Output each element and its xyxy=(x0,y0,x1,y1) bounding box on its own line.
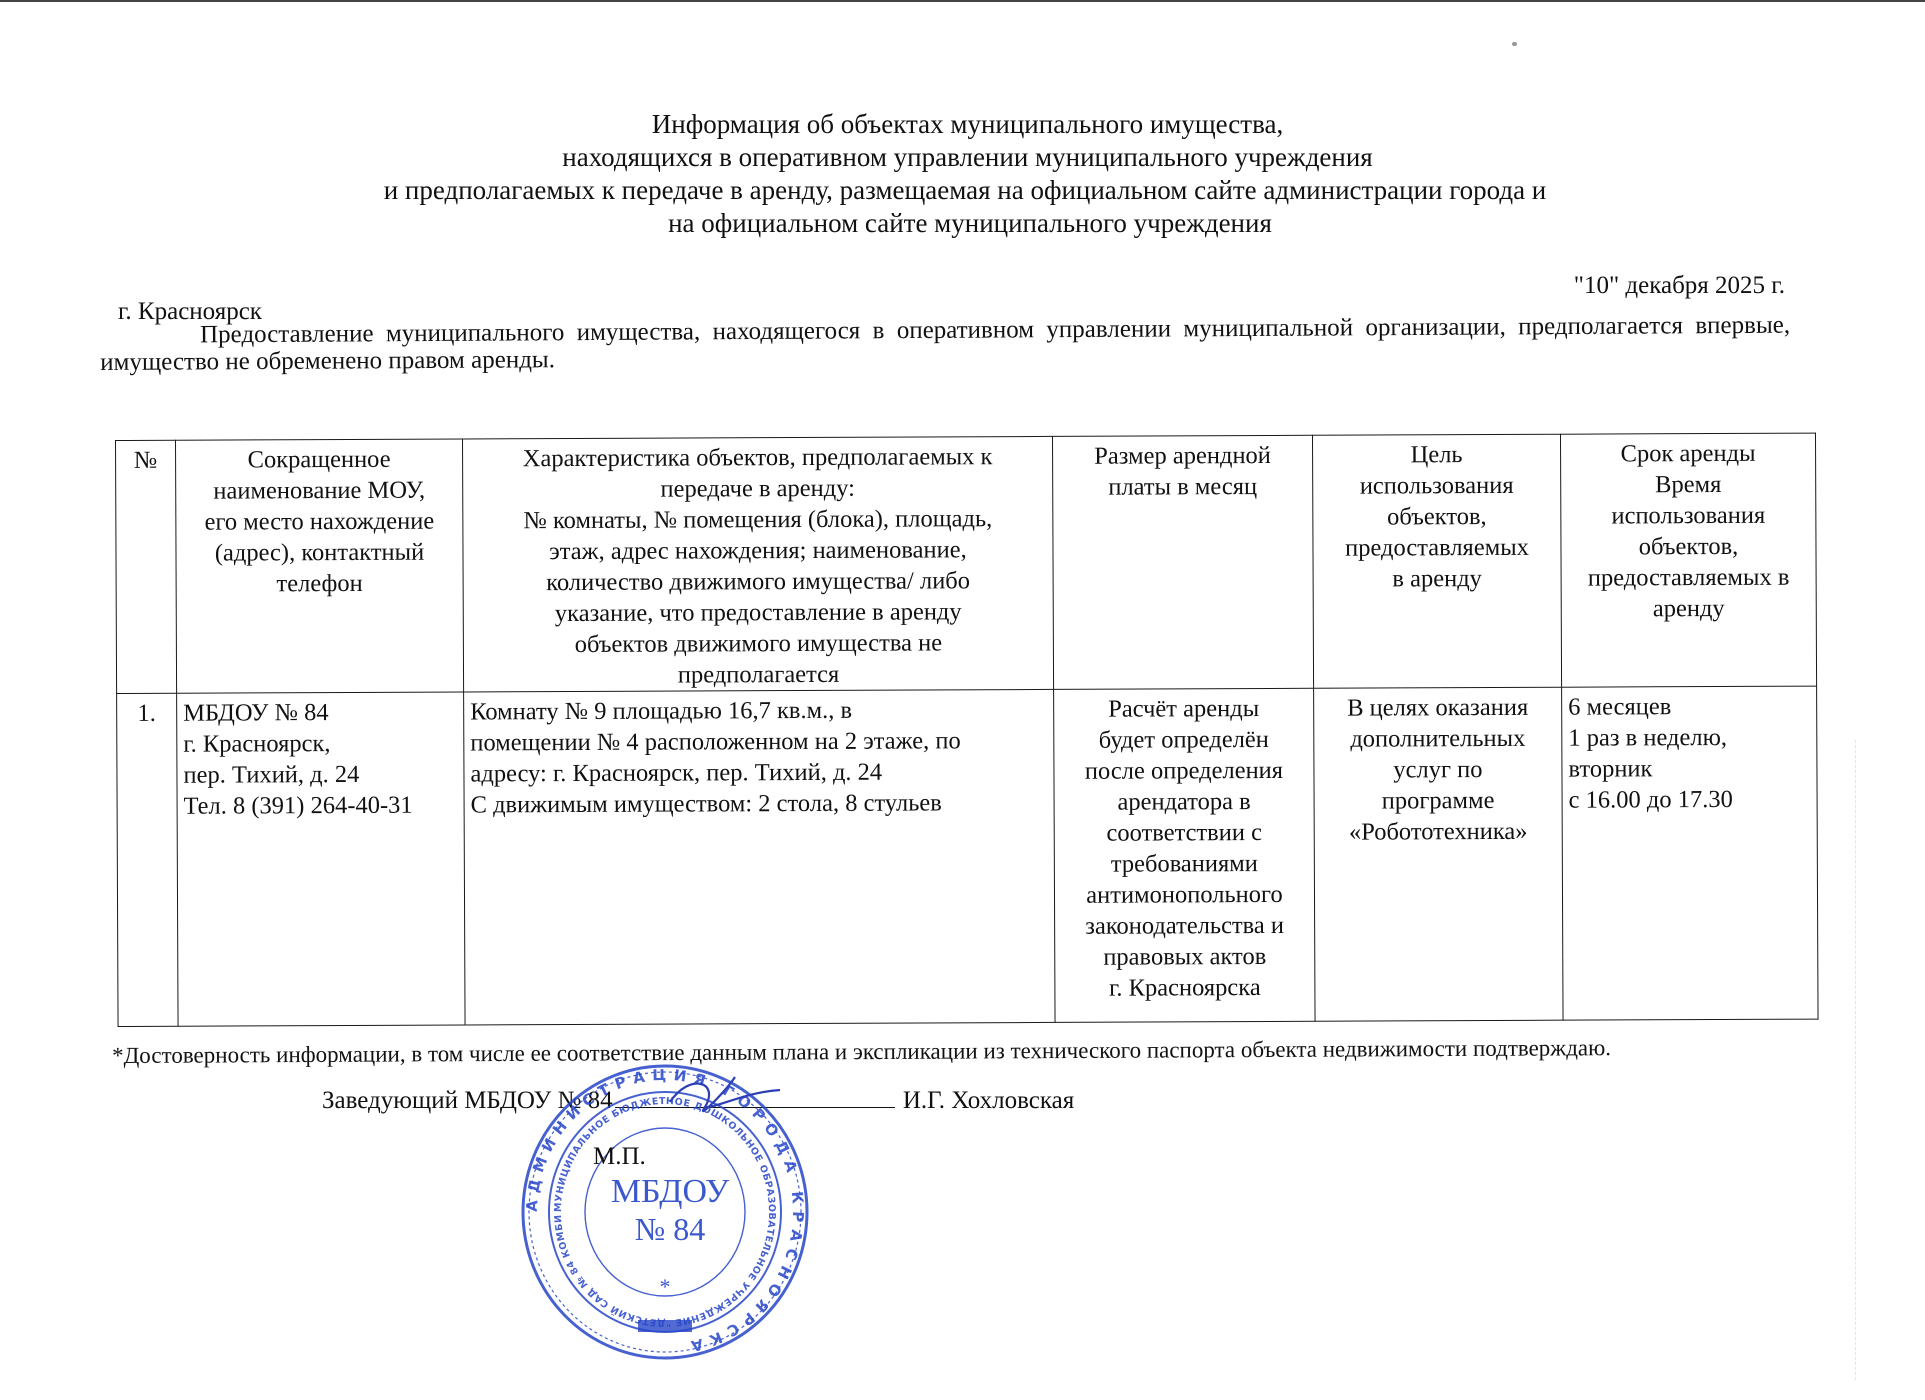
official-stamp-icon: АДМИНИСТРАЦИЯ ГОРОДА КРАСНОЯРСКА МУНИЦИП… xyxy=(520,1062,810,1362)
cell-text-line: Размер арендной xyxy=(1059,440,1306,472)
title-line: и предполагаемых к передаче в аренду, ра… xyxy=(0,174,1925,207)
header-organization: Сокращенноенаименование МОУ,его место на… xyxy=(176,439,464,693)
cell-text-line: Характеристика объектов, предполагаемых … xyxy=(469,441,1046,475)
scan-edge-artifact xyxy=(1855,740,1857,1380)
table-row: 1. МБДОУ № 84г. Красноярск,пер. Тихий, д… xyxy=(117,686,1818,1026)
cell-text-line: программе xyxy=(1321,785,1556,817)
cell-number: 1. xyxy=(117,693,178,1026)
cell-text-line: требованиями xyxy=(1061,848,1308,880)
header-number: № xyxy=(116,440,177,693)
document-date: "10" декабря 2025 г. xyxy=(1574,272,1785,300)
cell-text-line: Тел. 8 (391) 264-40-31 xyxy=(184,790,458,822)
title-line: находящихся в оперативном управлении мун… xyxy=(0,141,1925,174)
cell-text-line: (адрес), контактный xyxy=(182,537,456,569)
cell-text-line: дополнительных xyxy=(1320,723,1555,755)
cell-text-line: платы в месяц xyxy=(1059,471,1306,503)
cell-text-line: 6 месяцев xyxy=(1568,691,1810,723)
table-header-row: № Сокращенноенаименование МОУ,его место … xyxy=(116,433,1817,693)
cell-text-line: после определения xyxy=(1060,755,1307,787)
cell-text-line: указание, что предоставление в аренду xyxy=(470,596,1047,630)
property-table: № Сокращенноенаименование МОУ,его место … xyxy=(115,433,1819,1027)
header-object-description: Характеристика объектов, предполагаемых … xyxy=(462,436,1053,692)
cell-text-line: 1 раз в неделю, xyxy=(1568,722,1810,754)
cell-text-line: помещении № 4 расположенном на 2 этаже, … xyxy=(470,725,1047,759)
cell-organization: МБДОУ № 84г. Красноярск,пер. Тихий, д. 2… xyxy=(177,692,465,1026)
cell-object-description: Комнату № 9 площадью 16,7 кв.м., впомеще… xyxy=(464,689,1055,1025)
header-purpose: Цельиспользованияобъектов,предоставляемы… xyxy=(1312,434,1561,688)
cell-text-line: объектов, xyxy=(1567,531,1809,563)
cell-text-line: будет определён xyxy=(1060,724,1307,756)
cell-text-line: Комнату № 9 площадью 16,7 кв.м., в xyxy=(470,694,1047,728)
footnote: *Достоверность информации, в том числе е… xyxy=(112,1035,1611,1069)
cell-text-line: предоставляемых в xyxy=(1568,562,1810,594)
stamp-center-line: МБДОУ xyxy=(611,1173,730,1210)
cell-text-line: аренду xyxy=(1568,593,1810,625)
cell-text-line: Цель xyxy=(1319,439,1554,471)
cell-purpose: В целях оказаниядополнительныхуслуг попр… xyxy=(1314,687,1563,1021)
header-term: Срок арендыВремяиспользованияобъектов,пр… xyxy=(1560,433,1816,687)
cell-text-line: наименование МОУ, xyxy=(182,475,456,507)
cell-text-line: с 16.00 до 17.30 xyxy=(1569,784,1811,816)
stamp-center-line: № 84 xyxy=(635,1211,706,1247)
cell-text-line: законодательства и xyxy=(1061,910,1308,942)
cell-text-line: Расчёт аренды xyxy=(1060,693,1307,725)
cell-text-line: использования xyxy=(1567,500,1809,532)
cell-text-line: этаж, адрес нахождения; наименование, xyxy=(469,534,1046,568)
cell-text-line: С движимым имуществом: 2 стола, 8 стулье… xyxy=(471,787,1048,821)
signatory-name: И.Г. Хохловская xyxy=(903,1087,1074,1114)
cell-text-line: его место нахождение xyxy=(182,506,456,538)
cell-text-line: вторник xyxy=(1568,753,1810,785)
cell-text-line: В целях оказания xyxy=(1320,692,1555,724)
cell-text-line: арендатора в xyxy=(1061,786,1308,818)
cell-text-line: предполагается xyxy=(470,658,1047,692)
intro-paragraph: Предоставление муниципального имущества,… xyxy=(100,312,1790,376)
cell-text-line: объектов, xyxy=(1319,501,1554,533)
seal-placeholder-label: М.П. xyxy=(593,1143,646,1171)
cell-text-line: правовых актов xyxy=(1061,941,1308,973)
cell-text-line: адресу: г. Красноярск, пер. Тихий, д. 24 xyxy=(470,756,1047,790)
cell-text-line: «Робототехника» xyxy=(1321,816,1556,848)
cell-text-line: № комнаты, № помещения (блока), площадь, xyxy=(469,503,1046,537)
cell-text-line: передаче в аренду: xyxy=(469,472,1046,506)
cell-text-line: Сокращенное xyxy=(182,444,456,476)
cell-text-line: использования xyxy=(1319,470,1554,502)
cell-text-line: телефон xyxy=(183,568,457,600)
cell-text-line: пер. Тихий, д. 24 xyxy=(183,759,457,791)
cell-text-line: Время xyxy=(1567,469,1809,501)
cell-text-line: Срок аренды xyxy=(1567,438,1809,470)
cell-text-line: г. Красноярск, xyxy=(183,728,457,760)
cell-text-line: предоставляемых xyxy=(1319,532,1554,564)
cell-text-line: соответствии с xyxy=(1061,817,1308,849)
cell-text-line: антимонопольного xyxy=(1061,879,1308,911)
cell-rent: Расчёт арендыбудет определёнпосле опреде… xyxy=(1054,688,1315,1022)
cell-text-line: в аренду xyxy=(1320,563,1555,595)
title-line: Информация об объектах муниципального им… xyxy=(0,108,1925,141)
cell-text-line: объектов движимого имущества не xyxy=(470,627,1047,661)
title-line: на официальном сайте муниципального учре… xyxy=(0,207,1925,240)
header-rent: Размер аренднойплаты в месяц xyxy=(1052,435,1313,689)
page-top-edge xyxy=(0,0,1925,2)
document-title: Информация об объектах муниципального им… xyxy=(0,108,1925,240)
svg-text:*: * xyxy=(660,1274,671,1299)
cell-text-line: г. Красноярска xyxy=(1061,972,1308,1004)
cell-text-line: МБДОУ № 84 xyxy=(183,697,457,729)
cell-text-line: услуг по xyxy=(1320,754,1555,786)
scan-speck xyxy=(1512,42,1517,46)
cell-term: 6 месяцев1 раз в неделю,вторникс 16.00 д… xyxy=(1562,686,1818,1020)
cell-text-line: количество движимого имущества/ либо xyxy=(470,565,1047,599)
